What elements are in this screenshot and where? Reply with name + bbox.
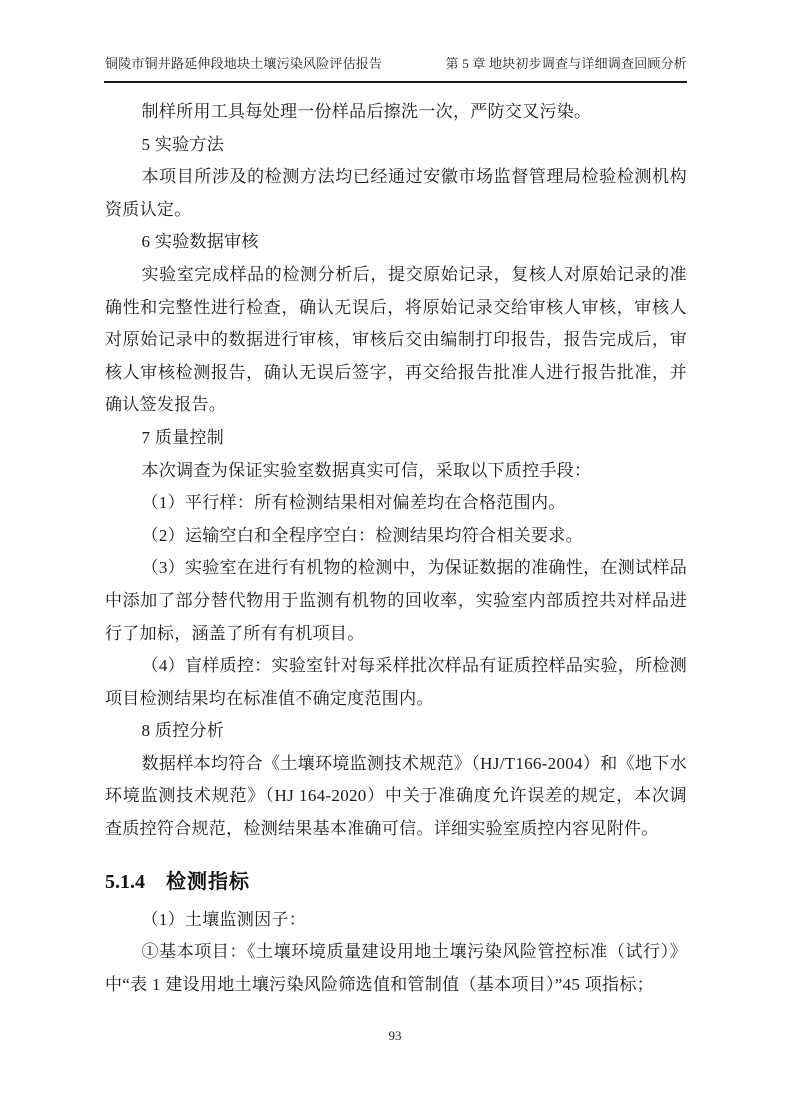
header-rule	[104, 81, 687, 83]
paragraph: 制样所用工具每处理一份样品后擦洗一次，严防交叉污染。	[105, 96, 687, 129]
paragraph: 本项目所涉及的检测方法均已经通过安徽市场监督管理局检验检测机构资质认定。	[105, 161, 687, 226]
list-item: ①基本项目：《土壤环境质量建设用地土壤污染风险管控标准（试行）》中“表 1 建设…	[105, 936, 687, 1001]
paragraph: 本次调查为保证实验室数据真实可信，采取以下质控手段：	[105, 455, 687, 488]
list-item: （1）平行样：所有检测结果相对偏差均在合格范围内。	[105, 487, 687, 520]
list-item: （1）土壤监测因子：	[105, 904, 687, 937]
header-report-title: 铜陵市铜井路延伸段地块土壤污染风险评估报告	[105, 53, 382, 72]
document-page: 铜陵市铜井路延伸段地块土壤污染风险评估报告 第 5 章 地块初步调查与详细调查回…	[0, 0, 790, 1119]
list-item: （3）实验室在进行有机物的检测中，为保证数据的准确性，在测试样品中添加了部分替代…	[105, 552, 687, 650]
page-number: 93	[389, 1028, 402, 1043]
paragraph: 数据样本均符合《土壤环境监测技术规范》（HJ/T166-2004）和《地下水环境…	[105, 748, 687, 846]
section-number: 5.1.4	[105, 871, 145, 893]
numbered-subheading: 6 实验数据审核	[105, 226, 687, 259]
page-footer: 93	[0, 1028, 790, 1044]
paragraph: 实验室完成样品的检测分析后，提交原始记录，复核人对原始记录的准确性和完整性进行检…	[105, 259, 687, 422]
list-item: （4）盲样质控：实验室针对每采样批次样品有证质控样品实验，所检测项目检测结果均在…	[105, 650, 687, 715]
section-heading: 5.1.4 检测指标	[105, 867, 687, 897]
running-header: 铜陵市铜井路延伸段地块土壤污染风险评估报告 第 5 章 地块初步调查与详细调查回…	[105, 53, 687, 72]
header-chapter-title: 第 5 章 地块初步调查与详细调查回顾分析	[446, 53, 687, 72]
numbered-subheading: 7 质量控制	[105, 422, 687, 455]
numbered-subheading: 8 质控分析	[105, 715, 687, 748]
page-body: 制样所用工具每处理一份样品后擦洗一次，严防交叉污染。 5 实验方法 本项目所涉及…	[105, 96, 687, 1001]
list-item: （2）运输空白和全程序空白：检测结果均符合相关要求。	[105, 520, 687, 553]
section-title: 检测指标	[166, 871, 250, 893]
numbered-subheading: 5 实验方法	[105, 129, 687, 162]
